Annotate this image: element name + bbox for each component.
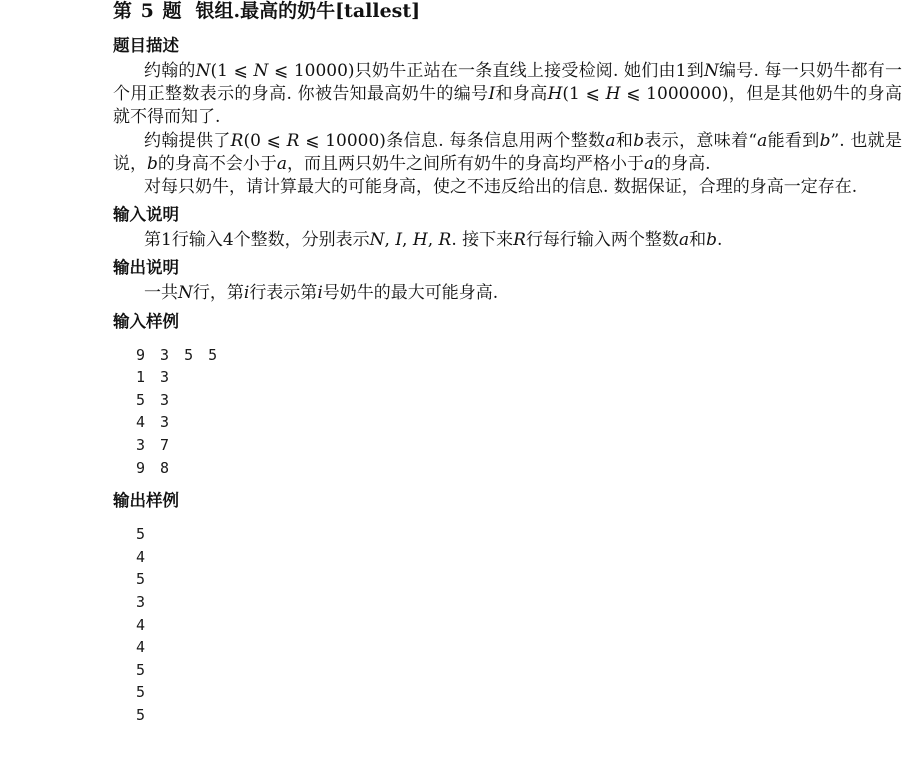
code-line: 5 [136,681,902,704]
math-variable: a [644,154,654,174]
math-variable: b [706,230,717,250]
text-run: 表示，意味着“ [644,131,757,151]
text-run: ⩽ 10000)只奶牛正站在一条直线上接受检阅. 她们由1到 [268,61,704,81]
text-run: 和身高 [495,84,547,104]
math-variable: H [548,84,563,104]
input-sample-block: 9 3 5 51 35 34 33 79 8 [113,344,902,480]
input-spec-paragraph: 第1行输入4个整数，分别表示N, I, H, R. 接下来R行每行输入两个整数a… [113,229,902,252]
text-run: ，而且两只奶牛之间所有奶牛的身高均严格小于 [287,154,644,174]
math-variable: H [606,84,621,104]
section-heading-output-spec: 输出说明 [113,258,902,278]
math-variable: N [178,283,193,303]
math-variable: b [633,131,644,151]
description-paragraph-1: 约翰的N(1 ⩽ N ⩽ 10000)只奶牛正站在一条直线上接受检阅. 她们由1… [113,60,902,130]
code-line: 4 3 [136,411,902,434]
math-variable: R [287,131,300,151]
math-variable: R [439,230,452,250]
math-variable: a [757,131,767,151]
text-run: ⩽ 10000)条信息. 每条信息用两个整数 [299,131,605,151]
math-variable: N [370,230,385,250]
code-line: 3 [136,591,902,614]
text-run: 一共 [144,283,178,303]
code-line: 5 [136,704,902,727]
text-run: 约翰的 [144,61,196,81]
text-run: (0 ⩽ [243,131,286,151]
code-line: 9 3 5 5 [136,344,902,367]
problem-number: 第 5 题 [113,0,182,22]
output-sample-block: 545344555 [113,523,902,726]
math-variable: R [231,131,244,151]
code-line: 3 7 [136,434,902,457]
code-line: 4 [136,636,902,659]
text-run: . [717,230,722,250]
code-line: 9 8 [136,457,902,480]
math-variable: b [147,154,158,174]
text-run: 的身高. [654,154,710,174]
code-line: 4 [136,614,902,637]
code-line: 5 [136,523,902,546]
section-heading-output-sample: 输出样例 [113,491,902,511]
text-run: , [428,230,439,250]
text-run: 行，第 [193,283,244,303]
text-run: 号奶牛的最大可能身高. [323,283,498,303]
math-variable: R [513,230,526,250]
math-variable: a [277,154,287,174]
text-run: 和 [616,131,634,151]
text-run: 行表示第 [249,283,317,303]
section-heading-input-sample: 输入样例 [113,312,902,332]
math-variable: N [704,61,719,81]
text-run: 约翰提供了 [144,131,231,151]
problem-page: 第 5 题银组.最高的奶牛[tallest] 题目描述 约翰的N(1 ⩽ N ⩽… [0,0,916,771]
text-run: 的身高不会小于 [158,154,277,174]
text-run: , [385,230,396,250]
code-line: 5 [136,659,902,682]
text-run: . 接下来 [451,230,513,250]
text-run: (1 ⩽ [562,84,605,104]
text-run: , [402,230,413,250]
code-line: 4 [136,546,902,569]
text-run: 能看到 [767,131,819,151]
description-paragraph-3: 对每只奶牛，请计算最大的可能身高，使之不违反给出的信息. 数据保证，合理的身高一… [113,176,902,199]
code-line: 1 3 [136,366,902,389]
text-run: 和 [689,230,706,250]
math-variable: N [196,61,211,81]
text-run: 行每行输入两个整数 [526,230,679,250]
math-variable: a [679,230,689,250]
output-spec-paragraph: 一共N行，第i行表示第i号奶牛的最大可能身高. [113,282,902,305]
problem-name: 银组.最高的奶牛[tallest] [195,0,420,22]
section-heading-description: 题目描述 [113,36,902,56]
problem-title: 第 5 题银组.最高的奶牛[tallest] [113,0,902,22]
math-variable: H [413,230,428,250]
code-line: 5 [136,568,902,591]
math-variable: a [605,131,615,151]
section-heading-input-spec: 输入说明 [113,205,902,225]
text-run: (1 ⩽ [211,61,254,81]
code-line: 5 3 [136,389,902,412]
math-variable: N [253,61,268,81]
text-run: 对每只奶牛，请计算最大的可能身高，使之不违反给出的信息. 数据保证，合理的身高一… [144,177,857,197]
math-variable: b [820,131,831,151]
text-run: 第1行输入4个整数，分别表示 [144,230,370,250]
description-paragraph-2: 约翰提供了R(0 ⩽ R ⩽ 10000)条信息. 每条信息用两个整数a和b表示… [113,130,902,176]
